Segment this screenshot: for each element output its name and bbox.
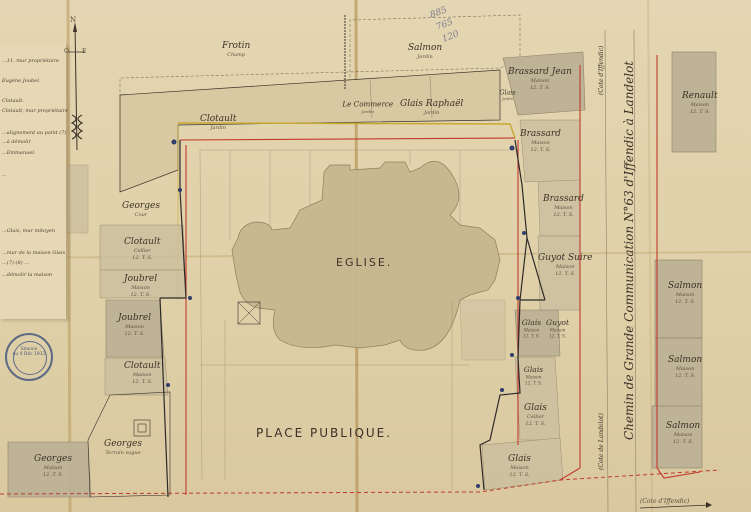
legend-note: ...11, mur propriétaire	[2, 58, 59, 64]
legend-note: ...(7)-(8) ...	[2, 260, 29, 266]
parcel-label: ClotaultCellier12. T. S.	[124, 238, 160, 261]
legend-note: Clotault, mur propriétaire	[2, 108, 68, 114]
parcel-label: SalmonMaison12. T. S.	[668, 356, 702, 379]
legend-note: ...démolir la maison	[2, 272, 52, 278]
legend-note: ...Emmanuel.	[2, 150, 35, 156]
parcel-label: Glais RaphaëlJardin	[400, 100, 463, 116]
parcel-label: ClotaultJardin	[200, 115, 236, 131]
legend-note: ...alignement au point (7)	[2, 130, 66, 136]
legend-note: ...	[2, 172, 7, 178]
parcel-label: ClotaultMaison12. T. S.	[124, 362, 160, 385]
parcel-label: SalmonJardin	[408, 44, 442, 60]
parcel-label: GlaisMaison12. T. S.	[524, 367, 543, 387]
official-stamp: Séance du 4 Déc 1911	[5, 333, 53, 381]
road-label: Chemin de Grande Communication N°63 d'If…	[622, 61, 636, 440]
parcel-label: GeorgesCour	[122, 202, 160, 218]
parcel-label: GeorgesMaison12. T. S.	[34, 455, 72, 478]
parcel-label: SalmonMaison12. T. S.	[668, 282, 702, 305]
parcel-label: BrassardMaison12. T. S.	[543, 195, 584, 218]
cadastral-map: ...11, mur propriétaire Eugène Joubel. C…	[0, 0, 751, 512]
parcel-label: JoubrelMaison12. T. S.	[124, 275, 157, 298]
bottom-arrow-label: (Cote d'Iffendic)	[640, 498, 689, 505]
parcel-label: Guyot SuireMaison12. T. S.	[538, 254, 592, 277]
legend-note: ...mur de la maison Glais	[2, 250, 65, 256]
legend-note: ...Glais, mur mitoyen	[2, 228, 55, 234]
north-marker: N	[70, 16, 76, 24]
legend-note: ...à démolir	[2, 139, 31, 145]
parcel-label: GlaisMaison12. T. S.	[522, 320, 541, 340]
square-label: PLACE PUBLIQUE.	[256, 426, 392, 440]
legend-notes-sheet: ...11, mur propriétaire Eugène Joubel. C…	[0, 44, 67, 319]
parcel-label: GlaisJardin	[499, 90, 515, 101]
parcel-label: GlaisMaison12. T. S.	[508, 455, 531, 478]
road-side-note-top: (Cote d'Iffendic)	[598, 46, 605, 95]
parcel-label: GlaisCellier12. T. S.	[524, 404, 547, 427]
parcel-label: FrotinChamp	[222, 42, 250, 58]
parcel-label: GeorgesTerrain vague	[104, 440, 142, 456]
legend-note: Eugène Joubel.	[2, 78, 40, 84]
parcel-label: JoubrelMaison12. T. S.	[118, 314, 151, 337]
parcel-label: RenaultMaison12. T. S.	[682, 92, 718, 115]
compass-east-label: E	[82, 48, 86, 55]
parcel-label: GuyotMaison12. T. S.	[546, 320, 569, 340]
parcel-label: BrassardMaison12. T. S.	[520, 130, 561, 153]
parcel-label: SalmonMaison12. T. S.	[666, 422, 700, 445]
stamp-inner-ring	[13, 341, 47, 375]
parcel-label: Brassard JeanMaison12. T. S.	[508, 68, 572, 91]
compass-west-label: O	[64, 48, 69, 55]
parcel-label: Le CommerceJardin	[342, 102, 393, 115]
road-side-note-bottom: (Cote de Landelot)	[598, 413, 605, 470]
legend-note: Clotault.	[2, 98, 24, 104]
church-label: EGLISE.	[336, 256, 392, 269]
